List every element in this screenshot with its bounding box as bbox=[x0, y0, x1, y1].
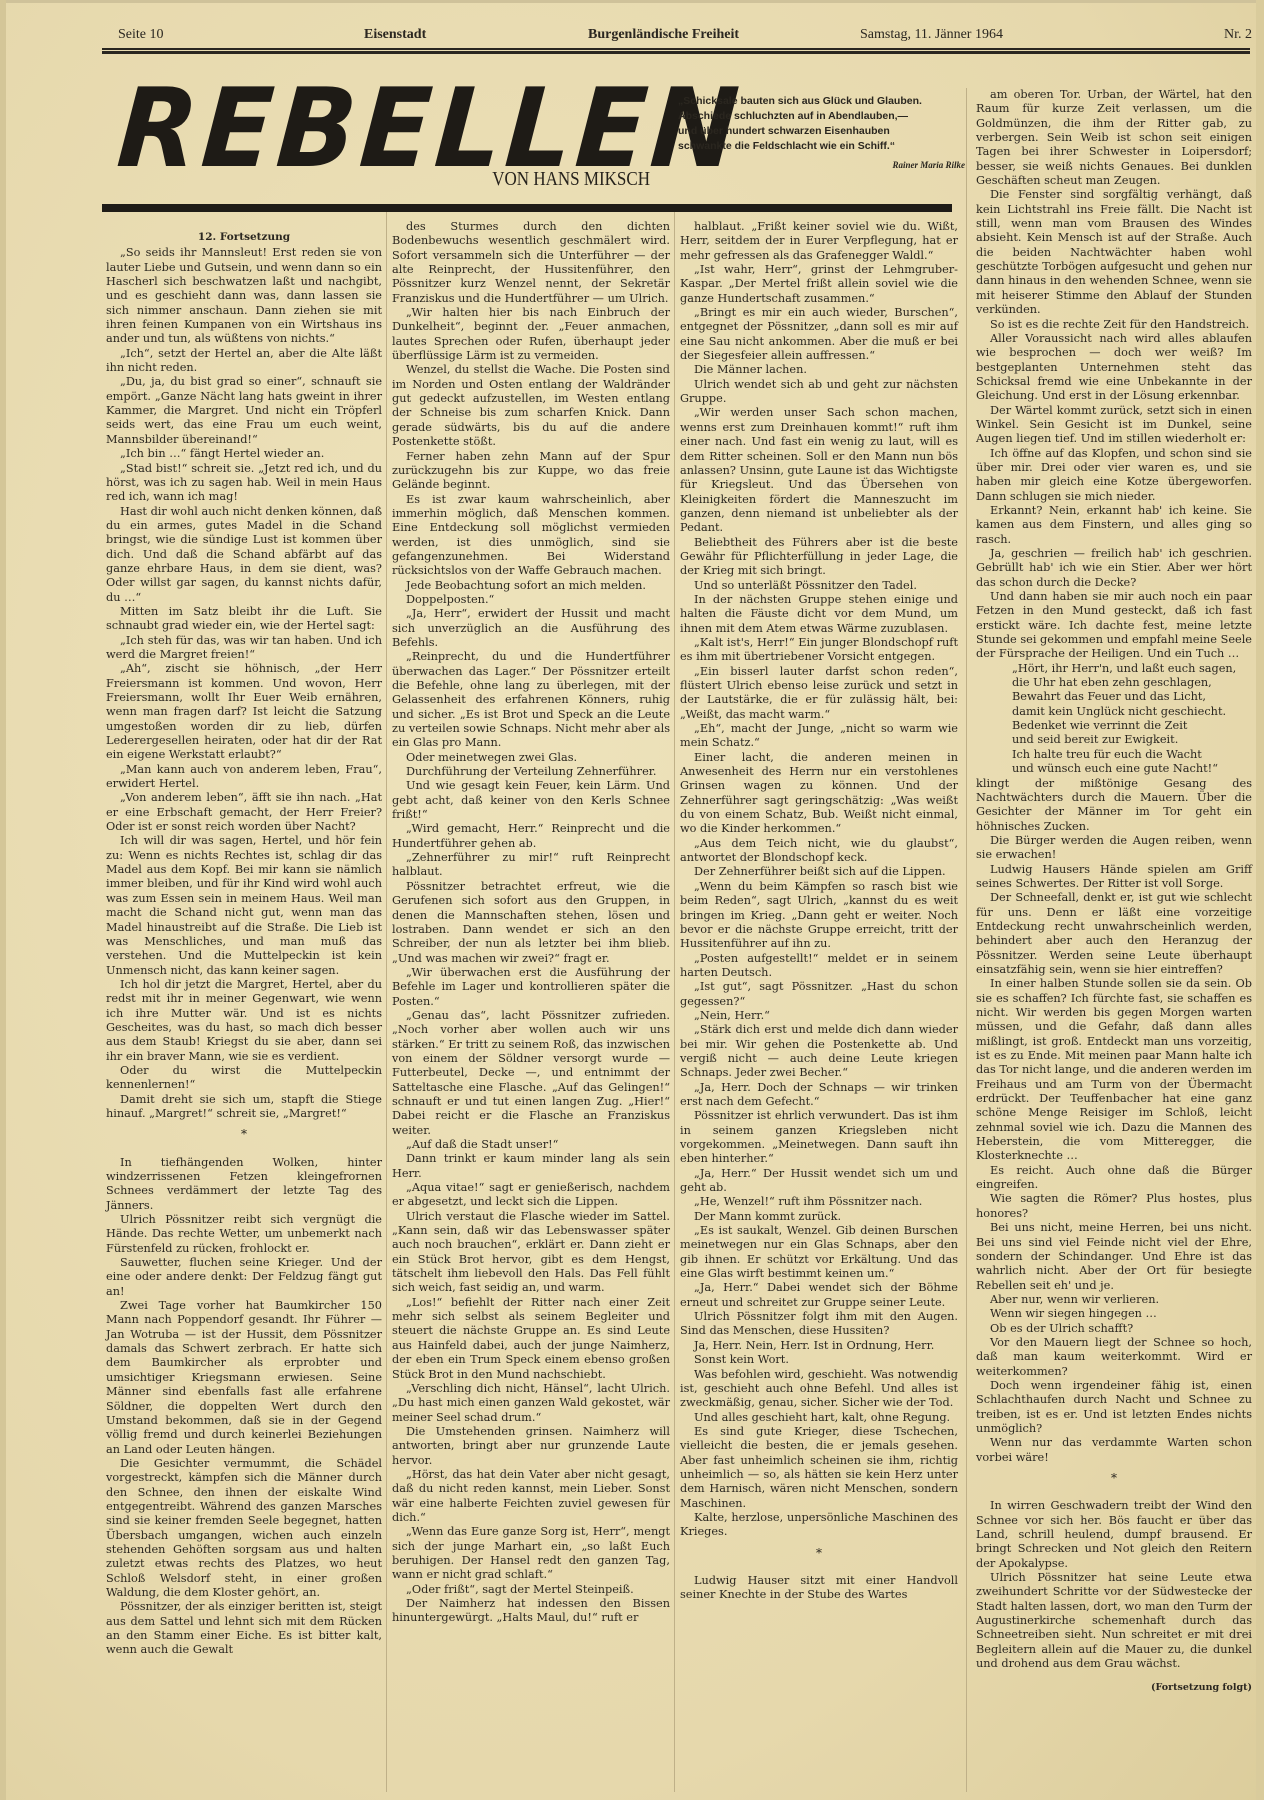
article-paragraph: Ja, geschrien — freilich hab' ich geschr… bbox=[976, 547, 1252, 590]
article-paragraph: Doch wenn irgendeiner fähig ist, einen S… bbox=[976, 1379, 1252, 1436]
article-paragraph: Mitten im Satz bleibt ihr die Luft. Sie … bbox=[106, 605, 382, 634]
article-paragraph: Ja, Herr. Nein, Herr. Ist in Ordnung, He… bbox=[680, 1339, 958, 1353]
epigraph: „Schicksale bauten sich aus Glück und Gl… bbox=[678, 94, 968, 154]
article-paragraph: „Oder frißt“, sagt der Mertel Steinpeiß. bbox=[392, 1583, 670, 1597]
article-paragraph: So ist es die rechte Zeit für den Handst… bbox=[976, 318, 1252, 332]
article-paragraph: „Du, ja, du bist grad so einer“, schnauf… bbox=[106, 375, 382, 447]
section-separator: * bbox=[106, 1127, 382, 1141]
verse-line: und wünsch euch eine gute Nacht!“ bbox=[976, 762, 1252, 776]
article-paragraph: Ulrich Pössnitzer hat seine Leute etwa z… bbox=[976, 1571, 1252, 1671]
article-paragraph: Durchführung der Verteilung Zehnerführer… bbox=[392, 765, 670, 779]
article-column-4: am oberen Tor. Urban, der Wärtel, hat de… bbox=[976, 88, 1252, 1696]
article-paragraph: „Ja, Herr“, erwidert der Hussit und mach… bbox=[392, 607, 670, 650]
article-paragraph: Sonst kein Wort. bbox=[680, 1353, 958, 1367]
article-paragraph: Und wie gesagt kein Feuer, kein Lärm. Un… bbox=[392, 779, 670, 822]
article-paragraph: „Ich steh für das, was wir tan haben. Un… bbox=[106, 634, 382, 663]
article-paragraph: Die Männer lachen. bbox=[680, 363, 958, 377]
article-paragraph: Und dann haben sie mir auch noch ein paa… bbox=[976, 590, 1252, 662]
article-paragraph: Wenn wir siegen hingegen … bbox=[976, 1307, 1252, 1321]
article-paragraph: des Sturmes durch den dichten Bodenbewuc… bbox=[392, 220, 670, 306]
article-paragraph: Ludwig Hauser sitzt mit einer Handvoll s… bbox=[680, 1574, 958, 1603]
article-paragraph: Zwei Tage vorher hat Baumkircher 150 Man… bbox=[106, 1299, 382, 1457]
article-paragraph: Oder du wirst die Muttelpeckin kennenler… bbox=[106, 1064, 382, 1093]
continuation-note: (Fortsetzung folgt) bbox=[976, 1681, 1252, 1695]
verse-line: „Hört, ihr Herr'n, und laßt euch sagen, bbox=[976, 662, 1252, 676]
article-paragraph: Jede Beobachtung sofort an mich melden. bbox=[392, 579, 670, 593]
article-paragraph: „Zehnerführer zu mir!“ ruft Reinprecht h… bbox=[392, 851, 670, 880]
article-paragraph: Pössnitzer betrachtet erfreut, wie die G… bbox=[392, 880, 670, 966]
article-paragraph: „Kalt ist's, Herr!“ Ein junger Blondscho… bbox=[680, 636, 958, 665]
column-divider bbox=[674, 212, 675, 1792]
article-paragraph: Ludwig Hausers Hände spielen am Griff se… bbox=[976, 863, 1252, 892]
verse-line: Bedenket wie verrinnt die Zeit bbox=[976, 719, 1252, 733]
article-paragraph: Oder meinetwegen zwei Glas. bbox=[392, 751, 670, 765]
article-paragraph: „Ja, Herr. Doch der Schnaps — wir trinke… bbox=[680, 1081, 958, 1110]
article-paragraph: „Auf daß die Stadt unser!“ bbox=[392, 1138, 670, 1152]
article-paragraph: In wirren Geschwadern treibt der Wind de… bbox=[976, 1499, 1252, 1571]
article-paragraph: „Ein bisserl lauter darfst schon reden“,… bbox=[680, 665, 958, 722]
masthead-rule bbox=[102, 48, 1250, 54]
article-paragraph: „Ist gut“, sagt Pössnitzer. „Hast du sch… bbox=[680, 980, 958, 1009]
section-separator: * bbox=[976, 1471, 1252, 1485]
epigraph-line: schwankte die Feldschlacht wie ein Schif… bbox=[678, 139, 968, 154]
article-paragraph: Beliebtheit des Führers aber ist die bes… bbox=[680, 536, 958, 579]
article-paragraph: „Nein, Herr.“ bbox=[680, 1009, 958, 1023]
article-paragraph: Und alles geschieht hart, kalt, ohne Reg… bbox=[680, 1411, 958, 1425]
article-paragraph: „Posten aufgestellt!“ meldet er in seine… bbox=[680, 952, 958, 981]
article-paragraph: „Wir werden unser Sach schon machen, wen… bbox=[680, 406, 958, 535]
article-paragraph: Sauwetter, fluchen seine Krieger. Und de… bbox=[106, 1256, 382, 1299]
article-paragraph: „Wir halten hier bis nach Einbruch der D… bbox=[392, 306, 670, 363]
article-paragraph: Der Naimherz hat indessen den Bissen hin… bbox=[392, 1597, 670, 1626]
article-paragraph: „Ich bin …“ fängt Hertel wieder an. bbox=[106, 447, 382, 461]
article-paragraph: „Von anderem leben“, äfft sie ihn nach. … bbox=[106, 791, 382, 834]
column-divider bbox=[966, 88, 967, 1792]
article-paragraph: Dann trinkt er kaum minder lang als sein… bbox=[392, 1152, 670, 1181]
page-edge-right bbox=[1256, 0, 1264, 1800]
article-byline: VON HANS MIKSCH bbox=[421, 168, 651, 191]
issue-number: Nr. 2 bbox=[1224, 27, 1252, 43]
article-paragraph: In der nächsten Gruppe stehen einige und… bbox=[680, 593, 958, 636]
article-paragraph: „Ich“, setzt der Hertel an, aber die Alt… bbox=[106, 347, 382, 376]
verse-line: die Uhr hat eben zehn geschlagen, bbox=[976, 676, 1252, 690]
title-rule bbox=[102, 204, 952, 212]
article-paragraph: „Ah“, zischt sie höhnisch, „der Herr Fre… bbox=[106, 662, 382, 762]
article-title: REBELLEN bbox=[114, 76, 641, 181]
article-paragraph: „Eh“, macht der Junge, „nicht so warm wi… bbox=[680, 722, 958, 751]
page-edge-left bbox=[0, 0, 6, 1800]
article-paragraph: Ich hol dir jetzt die Margret, Hertel, a… bbox=[106, 978, 382, 1064]
article-paragraph: „Wird gemacht, Herr.“ Reinprecht und die… bbox=[392, 822, 670, 851]
epigraph-author: Rainer Maria Rilke bbox=[800, 160, 965, 170]
article-paragraph: Und so unterläßt Pössnitzer den Tadel. bbox=[680, 579, 958, 593]
article-paragraph: „Reinprecht, du und die Hundertführer üb… bbox=[392, 650, 670, 750]
newspaper-name: Burgenländische Freiheit bbox=[588, 27, 739, 43]
column-divider bbox=[386, 212, 387, 1792]
article-paragraph: Bei uns nicht, meine Herren, bei uns nic… bbox=[976, 1221, 1252, 1293]
epigraph-line: „Schicksale bauten sich aus Glück und Gl… bbox=[678, 94, 968, 109]
section-separator: * bbox=[680, 1546, 958, 1560]
article-paragraph: „Stärk dich erst und melde dich dann wie… bbox=[680, 1023, 958, 1080]
page-number: Seite 10 bbox=[118, 27, 164, 43]
article-paragraph: Wie sagten die Römer? Plus hostes, plus … bbox=[976, 1192, 1252, 1221]
article-paragraph: „Stad bist!“ schreit sie. „Jetzt red ich… bbox=[106, 462, 382, 505]
article-paragraph: Der Wärtel kommt zurück, setzt sich in e… bbox=[976, 404, 1252, 447]
article-paragraph: Die Umstehenden grinsen. Naimherz will a… bbox=[392, 1425, 670, 1468]
article-paragraph: Einer lacht, die anderen meinen in Anwes… bbox=[680, 751, 958, 837]
article-paragraph: Erkannt? Nein, erkannt hab' ich keine. S… bbox=[976, 504, 1252, 547]
article-paragraph: Damit dreht sie sich um, stapft die Stie… bbox=[106, 1093, 382, 1122]
article-paragraph: „Aqua vitae!“ sagt er genießerisch, nach… bbox=[392, 1181, 670, 1210]
verse-line: Ich halte treu für euch die Wacht bbox=[976, 748, 1252, 762]
page-edge-top bbox=[0, 0, 1264, 3]
article-paragraph: „Man kann auch von anderem leben, Frau“,… bbox=[106, 763, 382, 792]
article-paragraph: Der Mann kommt zurück. bbox=[680, 1210, 958, 1224]
article-paragraph: Pössnitzer ist ehrlich verwundert. Das i… bbox=[680, 1109, 958, 1166]
verse-line: Bewahrt das Feuer und das Licht, bbox=[976, 690, 1252, 704]
article-paragraph: Der Schneefall, denkt er, ist gut wie sc… bbox=[976, 891, 1252, 977]
article-paragraph: Wenzel, du stellst die Wache. Die Posten… bbox=[392, 363, 670, 449]
article-paragraph: Ulrich Pössnitzer reibt sich vergnügt di… bbox=[106, 1213, 382, 1256]
article-paragraph: „Es ist saukalt, Wenzel. Gib deinen Burs… bbox=[680, 1224, 958, 1281]
article-paragraph: Die Gesichter vermummt, die Schädel vorg… bbox=[106, 1457, 382, 1600]
article-paragraph: Ich will dir was sagen, Hertel, und hör … bbox=[106, 834, 382, 977]
article-column-2: des Sturmes durch den dichten Bodenbewuc… bbox=[392, 220, 670, 1626]
article-paragraph: „Ja, Herr.“ Dabei wendet sich der Böhme … bbox=[680, 1281, 958, 1310]
article-paragraph: „Los!“ befiehlt der Ritter nach einer Ze… bbox=[392, 1296, 670, 1382]
article-column-1: 12. Fortsetzung „So seids ihr Mannsleut!… bbox=[106, 230, 382, 1658]
article-paragraph: Ulrich Pössnitzer folgt ihm mit den Auge… bbox=[680, 1310, 958, 1339]
article-paragraph: Hast dir wohl auch nicht denken können, … bbox=[106, 505, 382, 605]
article-paragraph: Ob es der Ulrich schafft? bbox=[976, 1322, 1252, 1336]
article-paragraph: „So seids ihr Mannsleut! Erst reden sie … bbox=[106, 246, 382, 346]
article-paragraph: Es sind gute Krieger, diese Tschechen, v… bbox=[680, 1425, 958, 1511]
article-paragraph: „Wenn das Eure ganze Sorg ist, Herr“, me… bbox=[392, 1525, 670, 1582]
article-paragraph: „Bringt es mir ein auch wieder, Burschen… bbox=[680, 306, 958, 363]
masthead: Seite 10 Eisenstadt Burgenländische Frei… bbox=[118, 27, 1252, 47]
article-paragraph: Kalte, herzlose, unpersönliche Maschinen… bbox=[680, 1511, 958, 1540]
article-paragraph: Ulrich wendet sich ab und geht zur nächs… bbox=[680, 378, 958, 407]
article-paragraph: Was befohlen wird, geschieht. Was notwen… bbox=[680, 1368, 958, 1411]
verse-line: damit kein Unglück nicht geschiecht. bbox=[976, 705, 1252, 719]
article-paragraph: „Verschling dich nicht, Hänsel“, lacht U… bbox=[392, 1382, 670, 1425]
article-paragraph: Ulrich verstaut die Flasche wieder im Sa… bbox=[392, 1210, 670, 1296]
article-paragraph: Vor den Mauern liegt der Schnee so hoch,… bbox=[976, 1336, 1252, 1379]
article-paragraph: halblaut. „Frißt keiner soviel wie du. W… bbox=[680, 220, 958, 263]
city: Eisenstadt bbox=[364, 27, 426, 43]
article-paragraph: „Aus dem Teich nicht, wie du glaubst“, a… bbox=[680, 837, 958, 866]
article-paragraph: Aller Voraussicht nach wird alles ablauf… bbox=[976, 332, 1252, 404]
article-paragraph: „Ja, Herr.“ Der Hussit wendet sich um un… bbox=[680, 1167, 958, 1196]
article-paragraph: In einer halben Stunde sollen sie da sei… bbox=[976, 977, 1252, 1163]
article-paragraph: „Ist wahr, Herr“, grinst der Lehmgruber-… bbox=[680, 263, 958, 306]
article-paragraph: „Wir überwachen erst die Ausführung der … bbox=[392, 966, 670, 1009]
article-paragraph: Es reicht. Auch ohne daß die Bürger eing… bbox=[976, 1164, 1252, 1193]
epigraph-line: und über hundert schwarzen Eisenhauben bbox=[678, 124, 968, 139]
article-paragraph: Es ist zwar kaum wahrscheinlich, aber im… bbox=[392, 493, 670, 579]
article-paragraph: Die Bürger werden die Augen reiben, wenn… bbox=[976, 834, 1252, 863]
article-paragraph: Pössnitzer, der als einziger beritten is… bbox=[106, 1600, 382, 1657]
article-paragraph: Aber nur, wenn wir verlieren. bbox=[976, 1293, 1252, 1307]
article-paragraph: Wenn nur das verdammte Warten schon vorb… bbox=[976, 1436, 1252, 1465]
article-paragraph: Ferner haben zehn Mann auf der Spur zurü… bbox=[392, 450, 670, 493]
article-paragraph: In tiefhängenden Wolken, hinter windzerr… bbox=[106, 1156, 382, 1213]
article-paragraph: „Genau das“, lacht Pössnitzer zufrieden.… bbox=[392, 1009, 670, 1138]
issue-date: Samstag, 11. Jänner 1964 bbox=[860, 27, 1003, 43]
article-column-3: halblaut. „Frißt keiner soviel wie du. W… bbox=[680, 220, 958, 1603]
installment-label: 12. Fortsetzung bbox=[106, 230, 382, 244]
article-paragraph: „He, Wenzel!“ ruft ihm Pössnitzer nach. bbox=[680, 1195, 958, 1209]
article-paragraph: am oberen Tor. Urban, der Wärtel, hat de… bbox=[976, 88, 1252, 188]
verse-line: und seid bereit zur Ewigkeit. bbox=[976, 733, 1252, 747]
article-paragraph: „Wenn du beim Kämpfen so rasch bist wie … bbox=[680, 880, 958, 952]
article-paragraph: „Hörst, das hat dein Vater aber nicht ge… bbox=[392, 1468, 670, 1525]
article-paragraph: Die Fenster sind sorgfältig verhängt, da… bbox=[976, 188, 1252, 317]
article-paragraph: klingt der mißtönige Gesang des Nachtwäc… bbox=[976, 777, 1252, 834]
article-paragraph: Ich öffne auf das Klopfen, und schon sin… bbox=[976, 447, 1252, 504]
article-paragraph: Doppelposten.“ bbox=[392, 593, 670, 607]
article-paragraph: Der Zehnerführer beißt sich auf die Lipp… bbox=[680, 865, 958, 879]
epigraph-line: Abschiede schluchzten auf in Abendlauben… bbox=[678, 109, 968, 124]
